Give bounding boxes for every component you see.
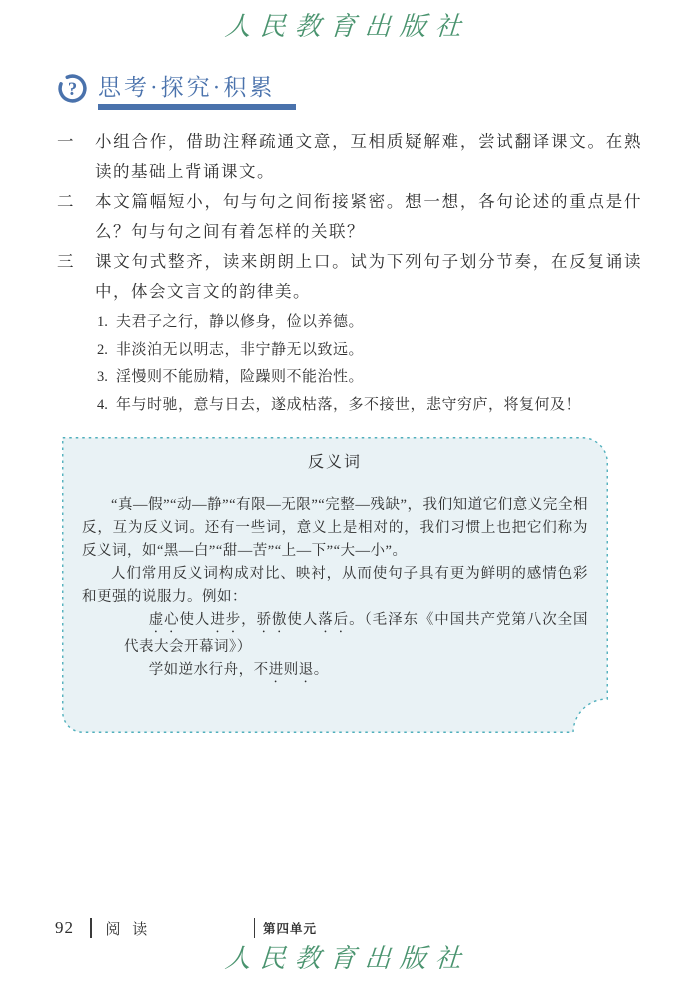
footer-divider	[254, 918, 256, 938]
publisher-logo-text: 人民教育出版社	[224, 6, 472, 43]
footer-divider	[90, 918, 92, 938]
antonym-example-2: 学如逆水行舟，不进则退。	[124, 659, 588, 686]
question-text: 小组合作，借助注释疏通文意，互相质疑解难，尝试翻译课文。在熟读的基础上背诵课文。	[95, 127, 642, 187]
question-number: 二	[57, 187, 95, 217]
book-section-label: 阅 读	[106, 918, 224, 939]
example-text: 学如逆水行舟，不	[149, 662, 269, 678]
example-text: 使人	[287, 612, 318, 628]
publisher-logo-text: 人民教育出版社	[224, 938, 472, 975]
antonym-paragraph-1: “真—假”“动—静”“有限—无限”“完整—残缺”，我们知道它们意义完全相反，互为…	[82, 494, 588, 563]
recite-sentence-list: 1. 夫君子之行，静以修身，俭以养德。 2. 非淡泊无以明志，非宁静无以致远。 …	[97, 309, 642, 419]
sentence-number: 1.	[97, 309, 116, 337]
knowledge-box-title: 反义词	[82, 452, 588, 474]
recite-sentence-1: 1. 夫君子之行，静以修身，俭以养德。	[97, 309, 642, 337]
question-number: 一	[57, 127, 95, 157]
sentence-text: 淫慢则不能励精，险躁则不能治性。	[116, 364, 364, 392]
section-header: ? 思考·探究·积累	[57, 73, 275, 104]
recite-sentence-4: 4. 年与时驰，意与日去，遂成枯落，多不接世，悲守穷庐，将复何及！	[97, 392, 642, 420]
sentence-text: 非淡泊无以明志，非宁静无以致远。	[116, 337, 364, 365]
emphasized-word: 进	[269, 662, 284, 678]
publisher-logo-bottom: 人民教育出版社	[0, 938, 695, 975]
question-number: 三	[57, 247, 95, 277]
emphasized-word: 落后	[318, 612, 349, 628]
emphasized-word: 骄傲	[257, 612, 288, 628]
textbook-page: 人民教育出版社 ? 思考·探究·积累 一 小组合作，借助注释疏通文意，互相质疑解…	[0, 0, 695, 983]
page-footer: 92 阅 读 第四单元	[55, 916, 317, 940]
question-item-3: 三 课文句式整齐，读来朗朗上口。试为下列句子划分节奏，在反复诵读中，体会文言文的…	[57, 247, 642, 307]
knowledge-box-antonyms: 反义词 “真—假”“动—静”“有限—无限”“完整—残缺”，我们知道它们意义完全相…	[62, 437, 608, 733]
question-text: 课文句式整齐，读来朗朗上口。试为下列句子划分节奏，在反复诵读中，体会文言文的韵律…	[95, 247, 642, 307]
question-text: 本文篇幅短小，句与句之间衔接紧密。想一想，各句论述的重点是什么？句与句之间有着怎…	[95, 187, 642, 247]
sentence-number: 3.	[97, 364, 116, 392]
recite-sentence-2: 2. 非淡泊无以明志，非宁静无以致远。	[97, 337, 642, 365]
sentence-number: 4.	[97, 392, 116, 420]
example-text: 。	[314, 662, 329, 678]
section-title: 思考·探究·积累	[98, 73, 275, 103]
antonym-example-1: 虚心使人进步，骄傲使人落后。（毛泽东《中国共产党第八次全国代表大会开幕词》）	[124, 609, 588, 659]
question-circle-icon: ?	[57, 73, 88, 104]
sentence-text: 年与时驰，意与日去，遂成枯落，多不接世，悲守穷庐，将复何及！	[116, 392, 581, 420]
example-text: ，	[241, 612, 256, 628]
question-item-2: 二 本文篇幅短小，句与句之间衔接紧密。想一想，各句论述的重点是什么？句与句之间有…	[57, 187, 642, 247]
example-text: 使人	[180, 612, 211, 628]
antonym-paragraph-2: 人们常用反义词构成对比、映衬，从而使句子具有更为鲜明的感情色彩和更强的说服力。例…	[82, 563, 588, 609]
question-item-1: 一 小组合作，借助注释疏通文意，互相质疑解难，尝试翻译课文。在熟读的基础上背诵课…	[57, 127, 642, 187]
unit-label: 第四单元	[263, 919, 317, 937]
publisher-logo-top: 人民教育出版社	[0, 6, 695, 43]
emphasized-word: 虚心	[149, 612, 180, 628]
example-text: 则	[284, 662, 299, 678]
emphasized-word: 进步	[210, 612, 241, 628]
section-title-underline	[98, 104, 296, 110]
question-list: 一 小组合作，借助注释疏通文意，互相质疑解难，尝试翻译课文。在熟读的基础上背诵课…	[57, 127, 642, 419]
emphasized-word: 退	[299, 662, 314, 678]
question-mark-glyph: ?	[68, 79, 77, 100]
page-number: 92	[55, 918, 74, 938]
sentence-text: 夫君子之行，静以修身，俭以养德。	[116, 309, 364, 337]
sentence-number: 2.	[97, 337, 116, 365]
recite-sentence-3: 3. 淫慢则不能励精，险躁则不能治性。	[97, 364, 642, 392]
knowledge-box-content: 反义词 “真—假”“动—静”“有限—无限”“完整—残缺”，我们知道它们意义完全相…	[62, 437, 608, 733]
